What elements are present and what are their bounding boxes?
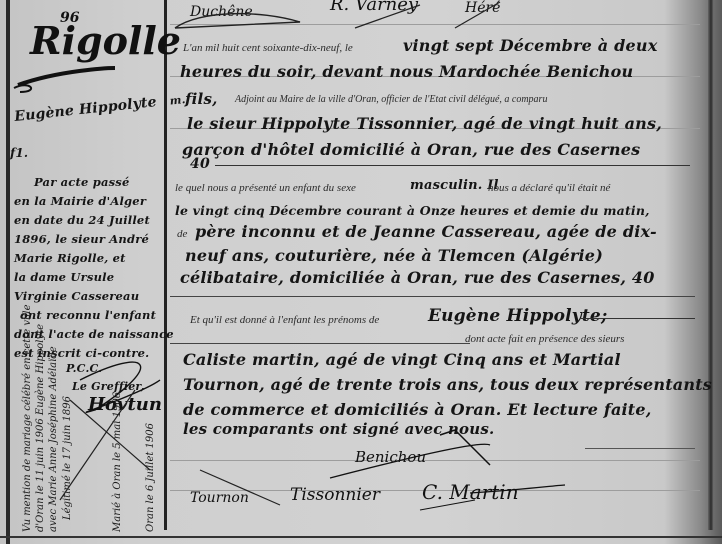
handwritten-text: garçon d'hôtel domicilié à Oran, rue des… bbox=[182, 140, 640, 159]
fill-line bbox=[580, 318, 695, 319]
printed-text: le quel nous a présenté un enfant du sex… bbox=[175, 182, 356, 194]
vertical-margin-note: Oran le 6 Juillet 1906 bbox=[145, 423, 156, 532]
legitimation-line: ont reconnu l'enfant bbox=[20, 308, 156, 322]
handwritten-text: neuf ans, couturière, née à Tlemcen (Alg… bbox=[185, 246, 603, 265]
header-signature: Duchêne bbox=[190, 4, 253, 20]
vertical-margin-note: Marié à Oran le 5 mai 1906 bbox=[112, 392, 123, 532]
handwritten-text: heures du soir, devant nous Mardochée Be… bbox=[180, 62, 633, 81]
certification-mark: P.C.C. bbox=[66, 362, 102, 375]
printed-text: de bbox=[177, 228, 187, 240]
handwritten-text: Tournon, agé de trente trois ans, tous d… bbox=[183, 375, 712, 394]
legitimation-line: 1896, le sieur André bbox=[14, 232, 149, 246]
handwritten-text: le sieur Hippolyte Tissonnier, agé de vi… bbox=[187, 114, 662, 133]
vertical-margin-note: Vu mention de mariage célébré en cette v… bbox=[22, 304, 33, 532]
signature-witness: C. Martin bbox=[422, 480, 519, 504]
register-page: 96 Rigolle Eugène Hippolyte m. f1. Par a… bbox=[0, 0, 722, 544]
ruled-line bbox=[215, 165, 690, 166]
page-edge bbox=[708, 0, 714, 530]
handwritten-text: de commerce et domiciliés à Oran. Et lec… bbox=[183, 400, 652, 419]
handwritten-text: père inconnu et de Jeanne Cassereau, agé… bbox=[195, 222, 657, 241]
given-names-text: Eugène Hippolyte bbox=[14, 94, 158, 125]
header-signature: Héré bbox=[465, 0, 500, 16]
handwritten-text: Eugène Hippolyte; bbox=[428, 306, 607, 326]
handwritten-text: Caliste martin, agé de vingt Cinq ans et… bbox=[183, 350, 621, 369]
margin-given-names: Eugène Hippolyte m. bbox=[14, 91, 187, 125]
legitimation-line: Virginie Cassereau bbox=[14, 289, 139, 303]
handwritten-text: le vingt cinq Décembre courant à Onze he… bbox=[175, 203, 650, 218]
handwritten-text: les comparants ont signé avec nous. bbox=[183, 420, 494, 438]
vertical-margin-note: Légitimé le 17 juin 1896 bbox=[62, 396, 73, 520]
bottom-rule bbox=[0, 536, 722, 538]
ruled-line bbox=[170, 460, 700, 461]
ruled-line bbox=[170, 24, 700, 25]
printed-text: nous a déclaré qu'il était né bbox=[488, 182, 610, 194]
printed-text: dont acte fait en présence des sieurs bbox=[465, 333, 624, 345]
printed-text: Et qu'il est donné à l'enfant les prénom… bbox=[190, 314, 379, 326]
legitimation-line: Marie Rigolle, et bbox=[14, 251, 126, 265]
signature-officer: Benichou bbox=[355, 448, 426, 466]
legitimation-line: en date du 24 Juillet bbox=[14, 213, 150, 227]
signature-declarant: Tissonnier bbox=[290, 485, 380, 505]
handwritten-text: vingt sept Décembre à deux bbox=[403, 36, 657, 55]
left-binding-rule bbox=[6, 0, 10, 544]
header-signature: R. Varney bbox=[330, 0, 418, 15]
printed-text: L'an mil huit cent soixante-dix-neuf, le bbox=[183, 42, 353, 54]
handwritten-text: célibataire, domiciliée à Oran, rue des … bbox=[180, 268, 655, 287]
legitimation-line: en la Mairie d'Alger bbox=[14, 194, 146, 208]
clerk-signature: Hovtun bbox=[88, 394, 162, 415]
handwritten-text: fils, bbox=[185, 90, 218, 108]
vertical-margin-note: avec Marie Anne Joséphine Adélaïde bbox=[48, 346, 59, 532]
handwritten-text: masculin. Il bbox=[410, 178, 499, 193]
legitimation-line: Par acte passé bbox=[34, 175, 130, 189]
section-rule bbox=[170, 343, 470, 344]
handwritten-text: 40 bbox=[190, 156, 210, 172]
margin-surname: Rigolle bbox=[30, 18, 181, 63]
margin-divider-rule bbox=[164, 0, 167, 530]
clerk-label: Le Greffier, bbox=[72, 380, 145, 393]
section-rule bbox=[170, 296, 695, 297]
legitimation-line: la dame Ursule bbox=[14, 270, 114, 284]
margin-line2: f1. bbox=[10, 146, 28, 160]
signature-witness: Tournon bbox=[190, 490, 249, 506]
vertical-margin-note: d'Oran le 11 juin 1906 Eugène Hippolyte bbox=[35, 324, 46, 532]
ruled-line bbox=[585, 448, 695, 449]
printed-text: Adjoint au Maire de la ville d'Oran, off… bbox=[235, 94, 547, 105]
sex-suffix: m. bbox=[169, 93, 186, 108]
